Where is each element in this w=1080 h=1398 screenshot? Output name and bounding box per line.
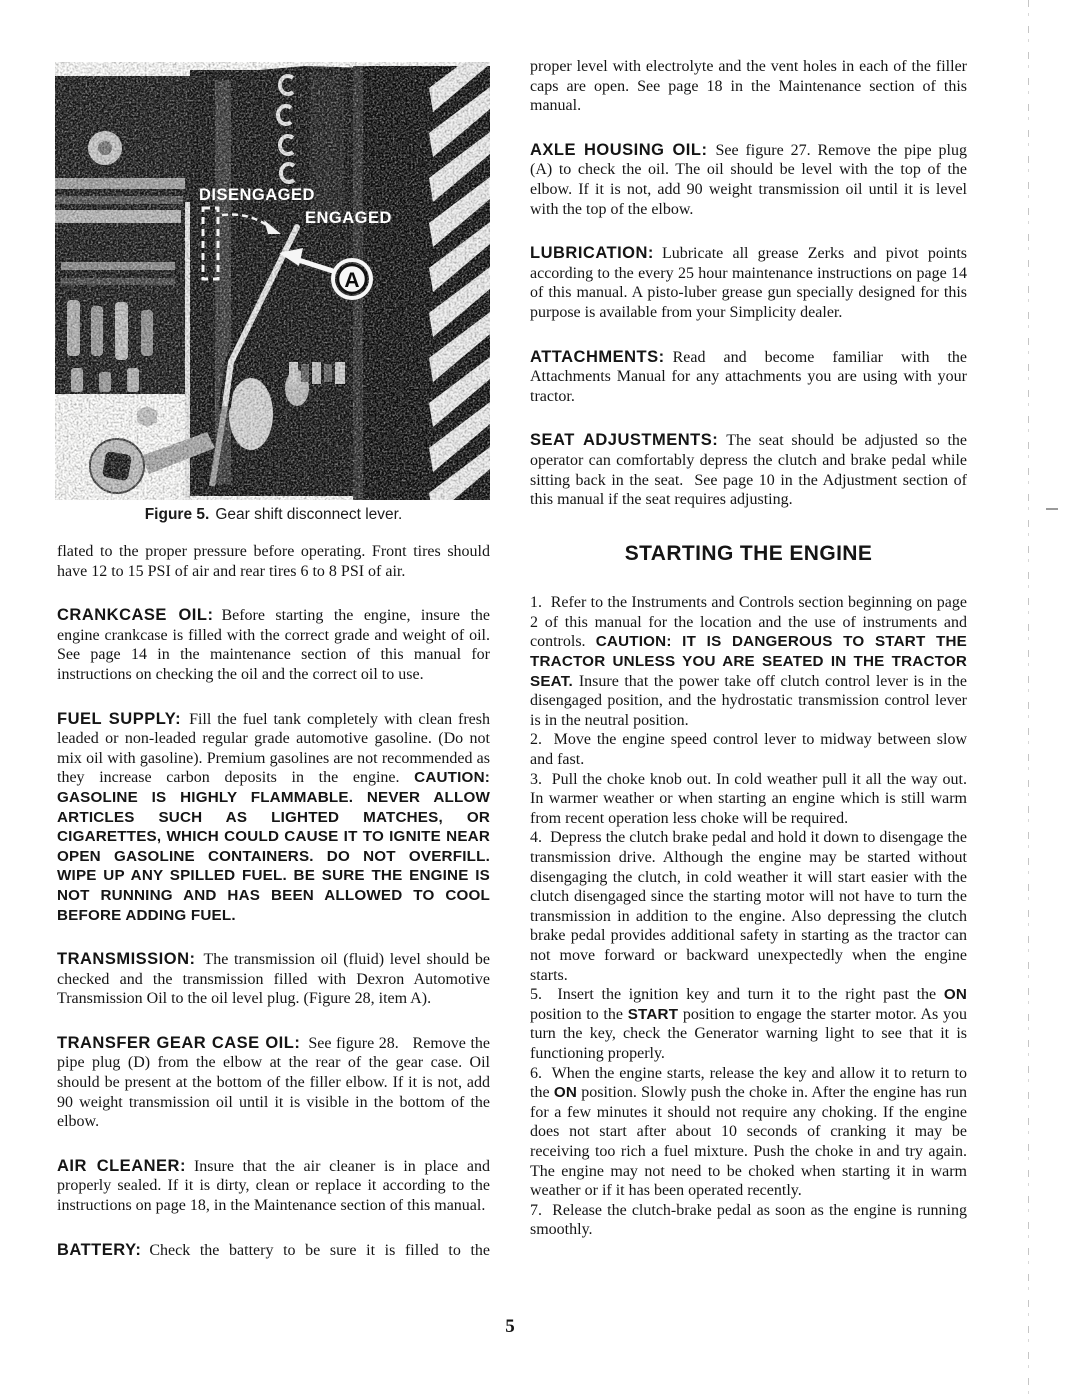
- section-label: SEAT ADJUSTMENTS:: [530, 431, 718, 449]
- step-5: 5. Insert the ignition key and turn it t…: [530, 985, 967, 1063]
- section-label: ATTACHMENTS:: [530, 348, 665, 366]
- section-attachments: ATTACHMENTS:Read and become familiar wit…: [530, 348, 967, 407]
- section-axle-housing-oil: AXLE HOUSING OIL:See figure 27. Remove t…: [530, 141, 967, 219]
- figure-caption-number: Figure 5.: [145, 506, 210, 523]
- section-transfer-gear-case-oil: TRANSFER GEAR CASE OIL:See figure 28. Re…: [57, 1034, 490, 1132]
- battery-continuation-paragraph: proper level with electrolyte and the ve…: [530, 57, 967, 116]
- section-label: TRANSMISSION:: [57, 950, 196, 968]
- figure-caption: Figure 5.Gear shift disconnect lever.: [57, 506, 490, 524]
- step-2: 2. Move the engine speed control lever t…: [530, 730, 967, 769]
- intro-paragraph: flated to the proper pressure before ope…: [57, 542, 490, 581]
- section-label: AIR CLEANER:: [57, 1157, 186, 1175]
- right-column: proper level with electrolyte and the ve…: [530, 57, 967, 1240]
- left-column: flated to the proper pressure before ope…: [57, 542, 490, 1260]
- engaged-label: ENGAGED: [305, 209, 392, 227]
- step-3: 3. Pull the choke knob out. In cold weat…: [530, 770, 967, 829]
- section-fuel-supply: FUEL SUPPLY:Fill the fuel tank completel…: [57, 710, 490, 926]
- section-label: BATTERY:: [57, 1241, 141, 1259]
- section-battery: BATTERY:Check the battery to be sure it …: [57, 1241, 490, 1261]
- section-label: AXLE HOUSING OIL:: [530, 141, 707, 159]
- section-label: LUBRICATION:: [530, 244, 654, 262]
- section-transmission: TRANSMISSION:The transmission oil (fluid…: [57, 950, 490, 1009]
- margin-mark: [1046, 508, 1058, 510]
- disengaged-label: DISENGAGED: [199, 186, 315, 204]
- starting-the-engine-heading: STARTING THE ENGINE: [530, 544, 967, 564]
- page-number: 5: [498, 1316, 522, 1338]
- gear-shift-photo: DISENGAGED ENGAGED A: [55, 62, 490, 500]
- callout-a-letter: A: [344, 269, 359, 292]
- section-label: TRANSFER GEAR CASE OIL:: [57, 1034, 300, 1052]
- step-1: 1. Refer to the Instruments and Controls…: [530, 593, 967, 730]
- step-7: 7. Release the clutch-brake pedal as soo…: [530, 1201, 967, 1240]
- figure-caption-text: Gear shift disconnect lever.: [215, 506, 402, 523]
- figure-photo: DISENGAGED ENGAGED A: [55, 62, 490, 500]
- section-seat-adjustments: SEAT ADJUSTMENTS:The seat should be adju…: [530, 431, 967, 509]
- right-margin-dashed-line: [1028, 0, 1029, 1398]
- step-6: 6. When the engine starts, release the k…: [530, 1064, 967, 1201]
- manual-page: DISENGAGED ENGAGED A Figure 5.Gear shift…: [0, 0, 1080, 1398]
- section-crankcase-oil: CRANKCASE OIL:Before starting the engine…: [57, 606, 490, 684]
- step-4: 4. Depress the clutch brake pedal and ho…: [530, 828, 967, 985]
- section-lubrication: LUBRICATION:Lubricate all grease Zerks a…: [530, 244, 967, 322]
- section-label: FUEL SUPPLY:: [57, 710, 181, 728]
- section-air-cleaner: AIR CLEANER:Insure that the air cleaner …: [57, 1157, 490, 1216]
- section-label: CRANKCASE OIL:: [57, 606, 213, 624]
